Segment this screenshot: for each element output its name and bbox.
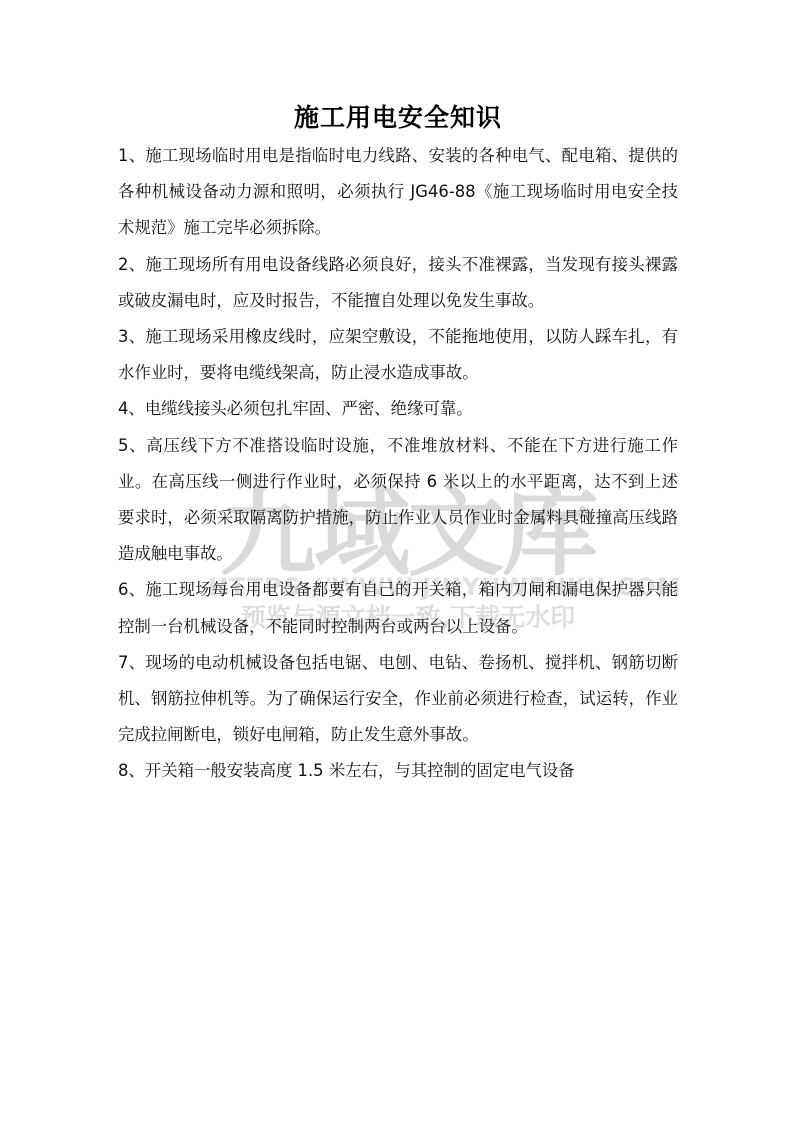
document-title: 施工用电安全知识 (118, 100, 678, 136)
paragraph-6: 6、施工现场每台用电设备都要有自己的开关箱，箱内刀闸和漏电保护器只能控制一台机械… (118, 572, 678, 644)
paragraph-4: 4、电缆线接头必须包扎牢固、严密、绝缘可靠。 (118, 391, 678, 427)
paragraph-5: 5、高压线下方不准搭设临时设施，不准堆放材料、不能在下方进行施工作业。在高压线一… (118, 428, 678, 573)
document-body: 施工用电安全知识 1、施工现场临时用电是指临时电力线路、安装的各种电气、配电箱、… (118, 100, 678, 790)
paragraph-1: 1、施工现场临时用电是指临时电力线路、安装的各种电气、配电箱、提供的各种机械设备… (118, 138, 678, 247)
paragraph-8: 8、开关箱一般安装高度 1.5 米左右，与其控制的固定电气设备 (118, 753, 678, 789)
document-page: 九域文库 HTTPS://WWW.JIUYUWENKU.COM 预览与源文档一致… (0, 0, 793, 1122)
paragraph-3: 3、施工现场采用橡皮线时，应架空敷设，不能拖地使用，以防人踩车扎，有水作业时，要… (118, 319, 678, 391)
paragraph-2: 2、施工现场所有用电设备线路必须良好，接头不准裸露，当发现有接头裸露或破皮漏电时… (118, 247, 678, 319)
paragraph-7: 7、现场的电动机械设备包括电锯、电刨、电钻、卷扬机、搅拌机、钢筋切断机、钢筋拉伸… (118, 645, 678, 754)
